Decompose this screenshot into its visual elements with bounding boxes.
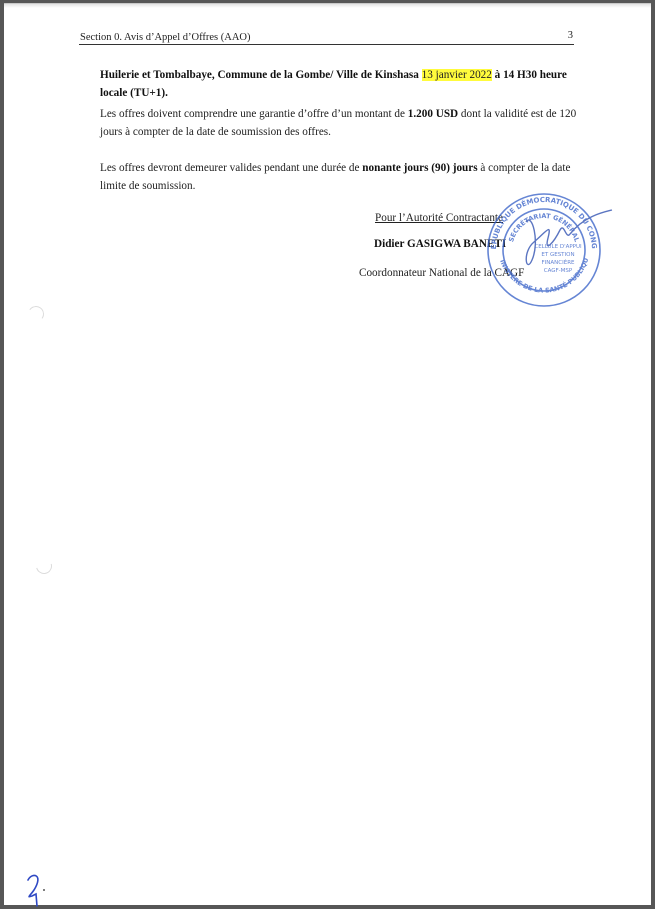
svg-text:CELLULE D'APPUI: CELLULE D'APPUI — [534, 244, 582, 250]
handwritten-page-mark-icon — [20, 868, 54, 908]
guarantee-text-before: Les offres doivent comprendre une garant… — [100, 108, 408, 120]
page-top-shadow — [4, 4, 651, 8]
location-text: Huilerie et Tombalbaye, Commune de la Go… — [100, 69, 422, 81]
page-number: 3 — [568, 30, 573, 41]
official-stamp-icon: RÉPUBLIQUE DÉMOCRATIQUE DU CONGO SECRÉTA… — [474, 182, 614, 312]
svg-text:CAGF-MSP: CAGF-MSP — [544, 268, 573, 274]
highlighted-date: 13 janvier 2022 — [422, 69, 492, 81]
section-title: Section 0. Avis d’Appel d’Offres (AAO) — [80, 32, 251, 43]
svg-text:FINANCIÈRE: FINANCIÈRE — [541, 258, 575, 266]
validity-duration: nonante jours (90) jours — [362, 162, 477, 174]
svg-text:SECRÉTARIAT GÉNÉRAL: SECRÉTARIAT GÉNÉRAL — [507, 212, 581, 243]
punch-hole-mark — [33, 555, 55, 577]
page-header: Section 0. Avis d’Appel d’Offres (AAO) 3 — [79, 26, 574, 45]
validity-text-before: Les offres devront demeurer valides pend… — [100, 162, 362, 174]
guarantee-amount: 1.200 USD — [408, 108, 458, 120]
bid-guarantee-paragraph: Les offres doivent comprendre une garant… — [100, 105, 580, 141]
document-page: Section 0. Avis d’Appel d’Offres (AAO) 3… — [4, 3, 651, 905]
svg-text:ET GESTION: ET GESTION — [541, 252, 574, 258]
submission-location-paragraph: Huilerie et Tombalbaye, Commune de la Go… — [100, 66, 580, 102]
punch-hole-mark — [27, 305, 46, 324]
